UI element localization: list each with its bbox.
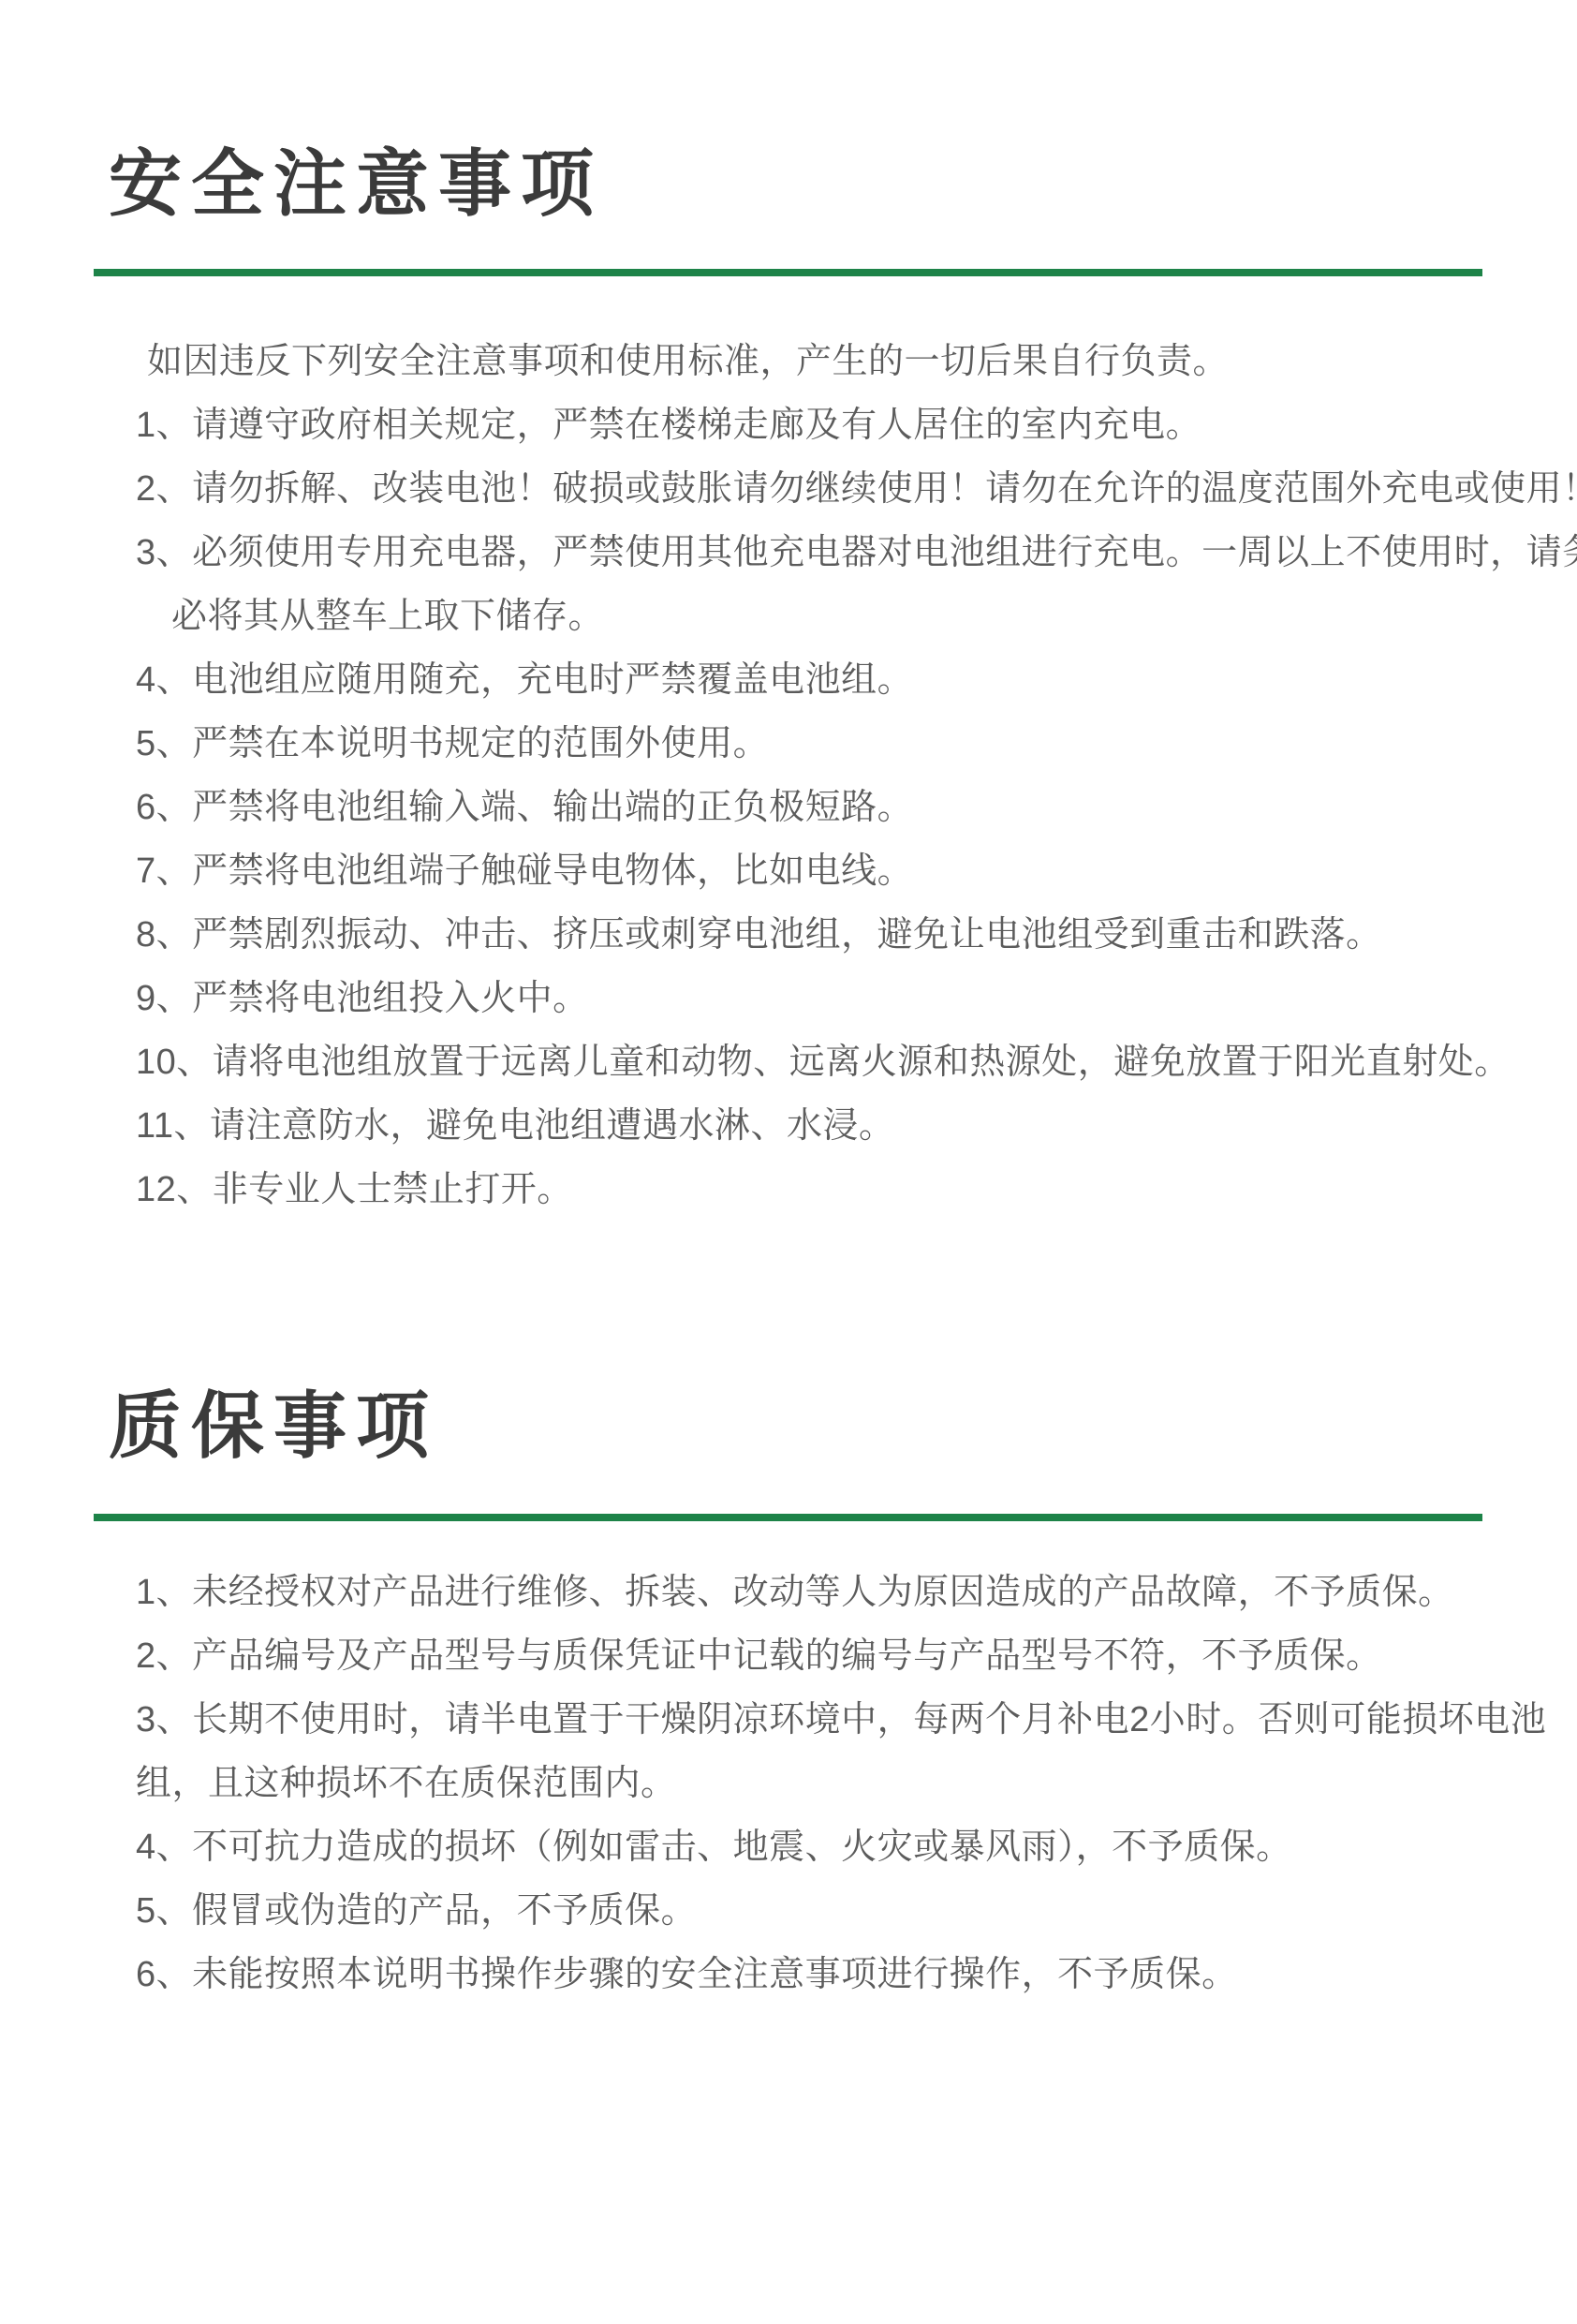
warranty-item-1: 1、未经授权对产品进行维修、拆装、改动等人为原因造成的产品故障，不予质保。 bbox=[136, 1561, 1540, 1624]
safety-item-3: 3、必须使用专用充电器，严禁使用其他充电器对电池组进行充电。一周以上不使用时，请… bbox=[136, 521, 1540, 585]
safety-item-9: 9、严禁将电池组投入火中。 bbox=[136, 967, 1540, 1030]
safety-item-2: 2、请勿拆解、改装电池！破损或鼓胀请勿继续使用！请勿在允许的温度范围外充电或使用… bbox=[136, 457, 1540, 521]
safety-item-6: 6、严禁将电池组输入端、输出端的正负极短路。 bbox=[136, 776, 1540, 839]
safety-item-7: 7、严禁将电池组端子触碰导电物体，比如电线。 bbox=[136, 839, 1540, 903]
safety-item-12: 12、非专业人士禁止打开。 bbox=[136, 1158, 1540, 1221]
manual-page: { "page": { "background": "#ffffff", "ac… bbox=[0, 0, 1577, 2324]
warranty-item-5: 5、假冒或伪造的产品，不予质保。 bbox=[136, 1879, 1540, 1943]
safety-intro-text: 如因违反下列安全注意事项和使用标准，产生的一切后果自行负责。 bbox=[136, 330, 1540, 393]
safety-item-11: 11、请注意防水，避免电池组遭遇水淋、水浸。 bbox=[136, 1094, 1540, 1158]
warranty-item-3-continuation: 组，且这种损坏不在质保范围内。 bbox=[136, 1752, 1540, 1815]
warranty-title-divider bbox=[94, 1514, 1482, 1521]
warranty-item-6: 6、未能按照本说明书操作步骤的安全注意事项进行操作，不予质保。 bbox=[136, 1943, 1540, 2006]
warranty-item-4: 4、不可抗力造成的损坏（例如雷击、地震、火灾或暴风雨），不予质保。 bbox=[136, 1815, 1540, 1879]
warranty-list: 1、未经授权对产品进行维修、拆装、改动等人为原因造成的产品故障，不予质保。 2、… bbox=[136, 1561, 1540, 2006]
safety-item-8: 8、严禁剧烈振动、冲击、挤压或刺穿电池组，避免让电池组受到重击和跌落。 bbox=[136, 903, 1540, 967]
safety-item-5: 5、严禁在本说明书规定的范围外使用。 bbox=[136, 712, 1540, 776]
safety-title-divider bbox=[94, 269, 1482, 276]
safety-item-1: 1、请遵守政府相关规定，严禁在楼梯走廊及有人居住的室内充电。 bbox=[136, 393, 1540, 457]
safety-section-title: 安全注意事项 bbox=[109, 146, 603, 223]
warranty-item-2: 2、产品编号及产品型号与质保凭证中记载的编号与产品型号不符，不予质保。 bbox=[136, 1624, 1540, 1688]
safety-item-4: 4、电池组应随用随充，充电时严禁覆盖电池组。 bbox=[136, 648, 1540, 712]
warranty-item-3: 3、长期不使用时，请半电置于干燥阴凉环境中，每两个月补电2小时。否则可能损坏电池 bbox=[136, 1688, 1540, 1752]
safety-item-10: 10、请将电池组放置于远离儿童和动物、远离火源和热源处，避免放置于阳光直射处。 bbox=[136, 1030, 1540, 1094]
safety-item-3-continuation: 必将其从整车上取下储存。 bbox=[136, 585, 1540, 648]
warranty-section-title: 质保事项 bbox=[109, 1388, 438, 1465]
safety-list: 如因违反下列安全注意事项和使用标准，产生的一切后果自行负责。 1、请遵守政府相关… bbox=[136, 330, 1540, 1221]
